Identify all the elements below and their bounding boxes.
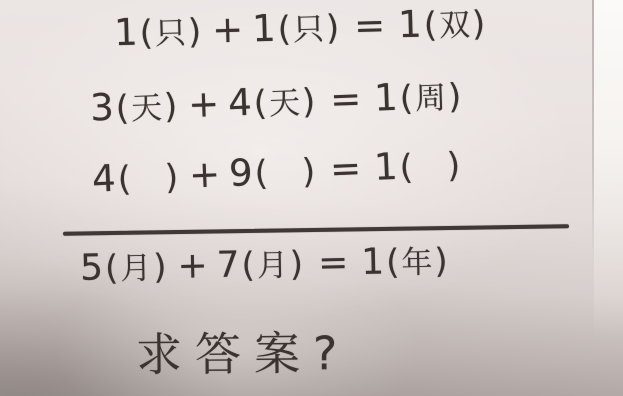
- result-value: 1: [373, 145, 398, 189]
- close-paren-icon: ): [432, 241, 450, 281]
- term1-unit: [133, 189, 163, 190]
- equals-operator: =: [316, 146, 375, 191]
- paper-edge-strip: [594, 0, 623, 396]
- handwritten-note-photo: 1(只)+1(只)=1(双)3(天)+4(天)=1(周)4()+9()=1()5…: [0, 0, 623, 396]
- term1-unit: 只: [154, 15, 186, 52]
- plus-operator: +: [168, 245, 217, 287]
- equals-operator: =: [305, 242, 362, 284]
- open-paren-icon: (: [115, 159, 134, 200]
- open-paren-icon: (: [239, 245, 257, 285]
- close-paren-icon: ): [161, 86, 180, 127]
- term2-value: 9: [228, 151, 253, 195]
- term2-value: 4: [227, 81, 252, 125]
- question-text: 求答案?: [136, 317, 351, 385]
- close-paren-icon: ): [299, 82, 318, 123]
- equals-operator: =: [316, 77, 374, 122]
- open-paren-icon: (: [397, 78, 416, 119]
- close-paren-icon: ): [445, 76, 464, 117]
- open-paren-icon: (: [384, 242, 402, 282]
- term2-unit: 月: [256, 248, 288, 285]
- divider-line: [63, 224, 569, 235]
- result-unit: 周: [414, 80, 446, 117]
- result-value: 1: [373, 76, 398, 120]
- close-paren-icon: ): [323, 8, 341, 48]
- open-paren-icon: (: [251, 83, 270, 124]
- term2-value: 7: [216, 245, 240, 286]
- equation-row-3: 4()+9()=1(): [91, 142, 463, 200]
- close-paren-icon: ): [287, 244, 305, 284]
- close-paren-icon: ): [444, 145, 463, 186]
- close-paren-icon: ): [151, 247, 169, 287]
- equation-row-2: 3(天)+4(天)=1(周): [89, 72, 464, 130]
- open-paren-icon: (: [275, 9, 293, 49]
- result-unit: 年: [401, 244, 433, 281]
- close-paren-icon: ): [185, 12, 203, 52]
- close-paren-icon: ): [162, 157, 181, 198]
- term1-value: 1: [114, 11, 139, 55]
- paper-edge-line: [592, 0, 594, 262]
- term1-value: 5: [80, 247, 104, 288]
- result-value: 1: [361, 242, 385, 283]
- equals-operator: =: [341, 3, 399, 48]
- term1-unit: 月: [120, 250, 152, 287]
- plus-operator: +: [203, 7, 253, 51]
- open-paren-icon: (: [252, 153, 271, 194]
- plus-operator: +: [178, 82, 228, 127]
- close-paren-icon: ): [299, 151, 318, 192]
- term1-unit: 天: [130, 90, 162, 127]
- open-paren-icon: (: [137, 13, 155, 53]
- open-paren-icon: (: [113, 88, 132, 129]
- term2-value: 1: [252, 7, 277, 51]
- term2-unit: 天: [268, 85, 300, 122]
- term1-value: 4: [91, 157, 116, 201]
- equation-row-1: 1(只)+1(只)=1(双): [113, 0, 487, 54]
- result-value: 1: [398, 3, 423, 47]
- term2-unit: [270, 183, 300, 184]
- open-paren-icon: (: [397, 147, 416, 188]
- close-paren-icon: ): [469, 4, 487, 44]
- equation-row-4: 5(月)+7(月)=1(年): [80, 236, 451, 289]
- term2-unit: 只: [293, 11, 325, 48]
- term1-value: 3: [89, 86, 114, 130]
- result-unit: [415, 177, 445, 178]
- result-unit: 双: [439, 7, 471, 44]
- open-paren-icon: (: [421, 5, 439, 45]
- open-paren-icon: (: [103, 248, 121, 288]
- plus-operator: +: [179, 152, 230, 197]
